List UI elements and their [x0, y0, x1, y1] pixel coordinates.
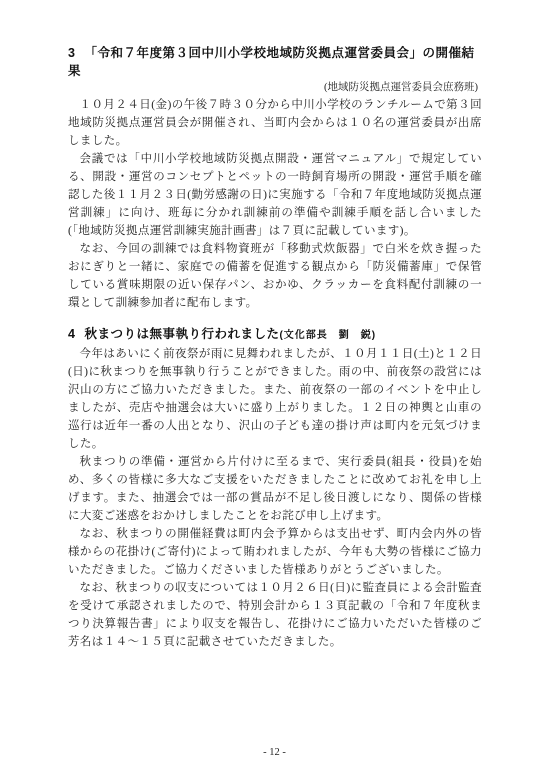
paragraph-festival-accounting: なお、秋まつりの収支については１０月２６日(日)に監査員による会計監査を受けて承…: [68, 579, 482, 651]
section-attribution: (地域防災拠点運営委員会庶務班): [68, 80, 478, 96]
section-heading-disaster: 3「令和７年度第３回中川小学校地域防災拠点運営委員会」の開催結果: [68, 44, 482, 80]
section-heading-festival: 4秋まつりは無事執り行われました(文化部長 劉 鋭): [68, 325, 482, 345]
section-number: 3: [68, 44, 75, 62]
paragraph-festival-overview: 今年はあいにく前夜祭が雨に見舞われましたが、１０月１１日(土)と１２日(日)に秋…: [68, 345, 482, 453]
page-content: 3「令和７年度第３回中川小学校地域防災拠点運営委員会」の開催結果 (地域防災拠点…: [68, 44, 482, 651]
section-title: 「令和７年度第３回中川小学校地域防災拠点運営委員会」の開催結果: [68, 46, 474, 78]
section-autumn-festival-report: 4秋まつりは無事執り行われました(文化部長 劉 鋭) 今年はあいにく前夜祭が雨に…: [68, 325, 482, 651]
section-disaster-committee-report: 3「令和７年度第３回中川小学校地域防災拠点運営委員会」の開催結果 (地域防災拠点…: [68, 44, 482, 312]
section-title: 秋まつりは無事執り行われました: [84, 327, 279, 341]
document-page: 3「令和７年度第３回中川小学校地域防災拠点運営委員会」の開催結果 (地域防災拠点…: [0, 0, 549, 776]
paragraph-meeting-overview: １０月２４日(金)の午後７時３０分から中川小学校のランチルームで第３回地域防災拠…: [68, 96, 482, 150]
section-author-note: (文化部長 劉 鋭): [279, 330, 376, 341]
section-number: 4: [68, 325, 75, 343]
paragraph-festival-thanks: 秋まつりの準備・運営から片付けに至るまで、実行委員(組長・役員)を始め、多くの皆…: [68, 453, 482, 525]
page-number: - 12 -: [0, 746, 549, 760]
paragraph-food-distribution: なお、今回の訓練では食料物資班が「移動式炊飯器」で白米を炊き握ったおにぎりと一緒…: [68, 240, 482, 312]
paragraph-meeting-agenda: 会議では「中川小学校地域防災拠点開設・運営マニュアル」で規定している、開設・運営…: [68, 150, 482, 240]
paragraph-festival-funding: なお、秋まつりの開催経費は町内会予算からは支出せず、町内会内外の皆様からの花掛け…: [68, 525, 482, 579]
